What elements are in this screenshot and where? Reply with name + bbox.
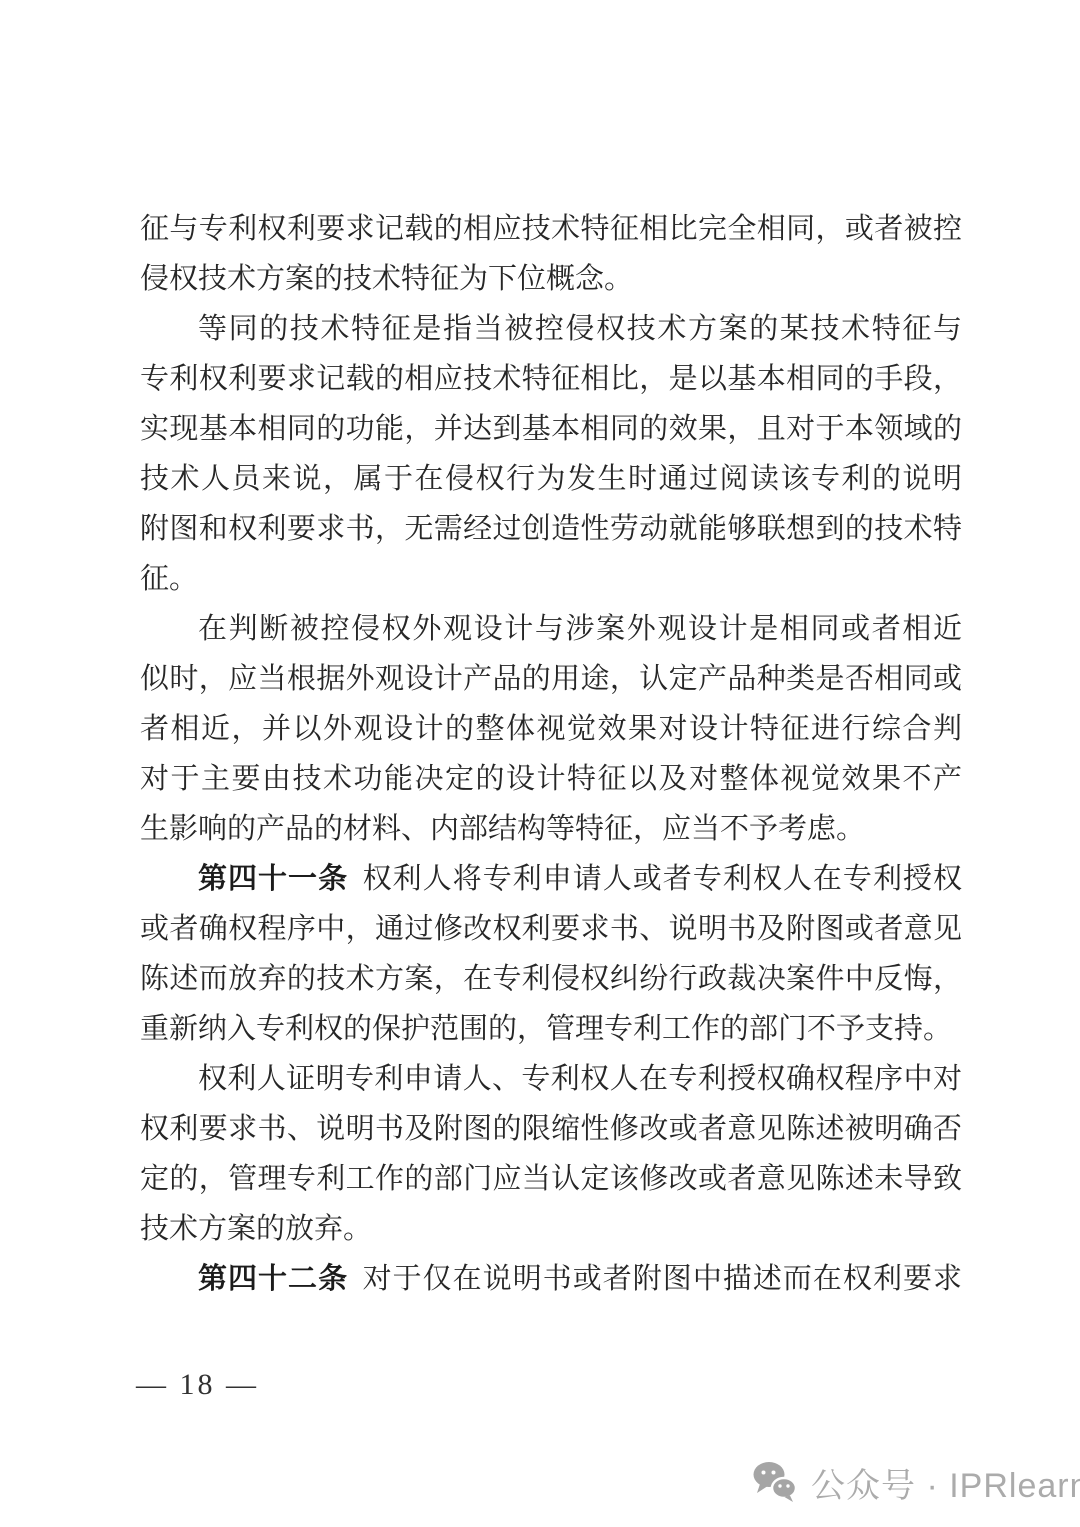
text-line: 技术方案的放弃。 <box>140 1204 962 1254</box>
text-line-content: 对于仅在说明书或者附图中描述而在权利要求 <box>363 1263 962 1295</box>
text-line: 第四十二条对于仅在说明书或者附图中描述而在权利要求 <box>140 1254 962 1304</box>
text-line-content: 附图和权利要求书，无需经过创造性劳动就能够联想到的技术特 <box>140 513 962 545</box>
text-line-content: 实现基本相同的功能，并达到基本相同的效果，且对于本领域的 <box>140 413 962 445</box>
document-text: 征与专利权利要求记载的相应技术特征相比完全相同，或者被控侵权技术方案的技术特征为… <box>140 204 962 1304</box>
text-line-content: 定的，管理专利工作的部门应当认定该修改或者意见陈述未导致 <box>140 1163 962 1195</box>
text-line-content: 对于主要由技术功能决定的设计特征以及对整体视觉效果不产 <box>140 763 962 795</box>
text-line-content: 陈述而放弃的技术方案，在专利侵权纠纷行政裁决案件中反悔， <box>140 963 962 995</box>
text-line-content: 者相近，并以外观设计的整体视觉效果对设计特征进行综合判断， <box>140 713 962 754</box>
text-line-content: 权利人将专利申请人或者专利权人在专利授权 <box>363 863 962 895</box>
text-line-content: 生影响的产品的材料、内部结构等特征，应当不予考虑。 <box>140 813 865 845</box>
watermark-label: 公众号 · IPRlearn <box>811 1458 1080 1507</box>
text-line: 重新纳入专利权的保护范围的，管理专利工作的部门不予支持。 <box>140 1004 962 1054</box>
text-line: 侵权技术方案的技术特征为下位概念。 <box>140 254 962 304</box>
text-line-content: 权利要求书、说明书及附图的限缩性修改或者意见陈述被明确否 <box>140 1113 962 1145</box>
text-line-content: 重新纳入专利权的保护范围的，管理专利工作的部门不予支持。 <box>140 1013 952 1045</box>
text-line: 征。 <box>140 554 962 604</box>
text-line: 或者确权程序中，通过修改权利要求书、说明书及附图或者意见 <box>140 904 962 954</box>
text-line: 陈述而放弃的技术方案，在专利侵权纠纷行政裁决案件中反悔， <box>140 954 962 1004</box>
text-line: 征与专利权利要求记载的相应技术特征相比完全相同，或者被控 <box>140 204 962 254</box>
text-line: 生影响的产品的材料、内部结构等特征，应当不予考虑。 <box>140 804 962 854</box>
text-line: 定的，管理专利工作的部门应当认定该修改或者意见陈述未导致 <box>140 1154 962 1204</box>
text-line: 权利要求书、说明书及附图的限缩性修改或者意见陈述被明确否 <box>140 1104 962 1154</box>
text-line-content: 专利权利要求记载的相应技术特征相比，是以基本相同的手段， <box>140 363 962 395</box>
article-number: 第四十二条 <box>198 1263 348 1295</box>
text-line: 专利权利要求记载的相应技术特征相比，是以基本相同的手段， <box>140 354 962 404</box>
text-line: 等同的技术特征是指当被控侵权技术方案的某技术特征与 <box>140 304 962 354</box>
text-line: 在判断被控侵权外观设计与涉案外观设计是相同或者相近 <box>140 604 962 654</box>
text-line-content: 权利人证明专利申请人、专利权人在专利授权确权程序中对 <box>198 1063 962 1095</box>
text-line: 附图和权利要求书，无需经过创造性劳动就能够联想到的技术特 <box>140 504 962 554</box>
text-line-content: 等同的技术特征是指当被控侵权技术方案的某技术特征与 <box>198 313 962 345</box>
text-line: 第四十一条权利人将专利申请人或者专利权人在专利授权 <box>140 854 962 904</box>
document-page: 征与专利权利要求记载的相应技术特征相比完全相同，或者被控侵权技术方案的技术特征为… <box>0 0 1080 1527</box>
text-line: 权利人证明专利申请人、专利权人在专利授权确权程序中对 <box>140 1054 962 1104</box>
text-line-content: 技术方案的放弃。 <box>140 1213 372 1245</box>
text-line: 技术人员来说，属于在侵权行为发生时通过阅读该专利的说明书、 <box>140 454 962 504</box>
text-line: 对于主要由技术功能决定的设计特征以及对整体视觉效果不产 <box>140 754 962 804</box>
text-line-content: 似时，应当根据外观设计产品的用途，认定产品种类是否相同或 <box>140 663 962 695</box>
text-line-content: 征。 <box>140 563 198 595</box>
text-line: 者相近，并以外观设计的整体视觉效果对设计特征进行综合判断， <box>140 704 962 754</box>
text-line-content: 在判断被控侵权外观设计与涉案外观设计是相同或者相近 <box>198 613 962 645</box>
wechat-icon <box>752 1461 798 1503</box>
text-line-content: 技术人员来说，属于在侵权行为发生时通过阅读该专利的说明书、 <box>140 463 962 504</box>
text-line-content: 征与专利权利要求记载的相应技术特征相比完全相同，或者被控 <box>140 213 962 245</box>
text-line: 似时，应当根据外观设计产品的用途，认定产品种类是否相同或 <box>140 654 962 704</box>
text-line: 实现基本相同的功能，并达到基本相同的效果，且对于本领域的 <box>140 404 962 454</box>
article-number: 第四十一条 <box>198 863 348 895</box>
text-line-content: 或者确权程序中，通过修改权利要求书、说明书及附图或者意见 <box>140 913 962 945</box>
watermark: 公众号 · IPRlearn <box>752 1456 1080 1508</box>
page-number: — 18 — <box>136 1368 259 1402</box>
text-line-content: 侵权技术方案的技术特征为下位概念。 <box>140 263 633 295</box>
